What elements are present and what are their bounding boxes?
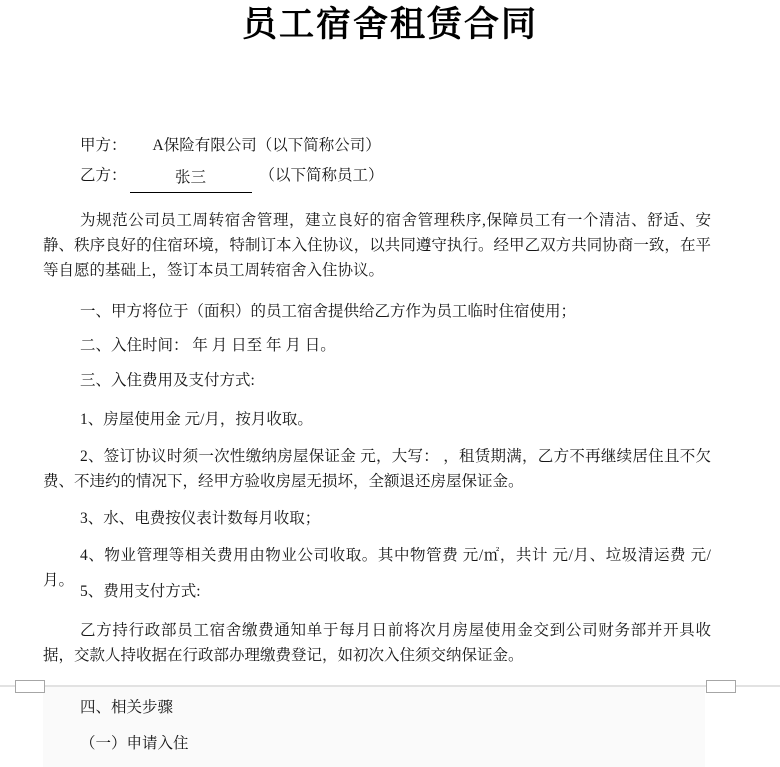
clause-three-item-5: 5、费用支付方式: (43, 579, 711, 604)
clause-one: 一、甲方将位于（面积）的员工宿舍提供给乙方作为员工临时住宿使用； (43, 299, 711, 324)
page-corner-marker-left (15, 680, 45, 693)
party-a-value: A保险有限公司（以下简称公司） (153, 137, 381, 154)
subsection-apply-checkin-heading: （一）申请入住 (43, 731, 711, 756)
clause-three-item-3: 3、水、电费按仪表计数每月收取； (43, 506, 711, 531)
party-a-line: 甲方：A保险有限公司（以下简称公司） (43, 133, 711, 158)
section-four-heading: 四、相关步骤 (43, 695, 711, 720)
document-title: 员工宿舍租赁合同 (0, 0, 780, 47)
party-b-label: 乙方： (80, 167, 127, 184)
party-a-label: 甲方： (80, 137, 127, 154)
party-b-line: 乙方：张三（以下简称员工） (43, 163, 711, 193)
party-b-fill-blank: 张三 (130, 170, 252, 193)
clause-two: 二、入住时间： 年 月 日至 年 月 日。 (43, 333, 711, 358)
payment-method-paragraph: 乙方持行政部员工宿舍缴费通知单于每月日前将次月房屋使用金交到公司财务部并开具收据… (43, 618, 711, 668)
clause-three-item-2: 2、签订协议时须一次性缴纳房屋保证金 元，大写： ，租赁期满，乙方不再继续居住且… (43, 444, 711, 494)
party-b-fill-text: 张三 (175, 169, 206, 186)
contract-document-page: 员工宿舍租赁合同 甲方：A保险有限公司（以下简称公司） 乙方：张三（以下简称员工… (0, 0, 780, 767)
preamble-paragraph: 为规范公司员工周转宿舍管理，建立良好的宿舍管理秩序,保障员工有一个清洁、舒适、安… (43, 208, 711, 283)
clause-three-item-1: 1、房屋使用金 元/月，按月收取。 (43, 407, 711, 432)
clause-three: 三、入住费用及支付方式: (43, 368, 711, 393)
party-b-suffix: （以下简称员工） (260, 167, 384, 184)
page-corner-marker-right (706, 680, 736, 693)
